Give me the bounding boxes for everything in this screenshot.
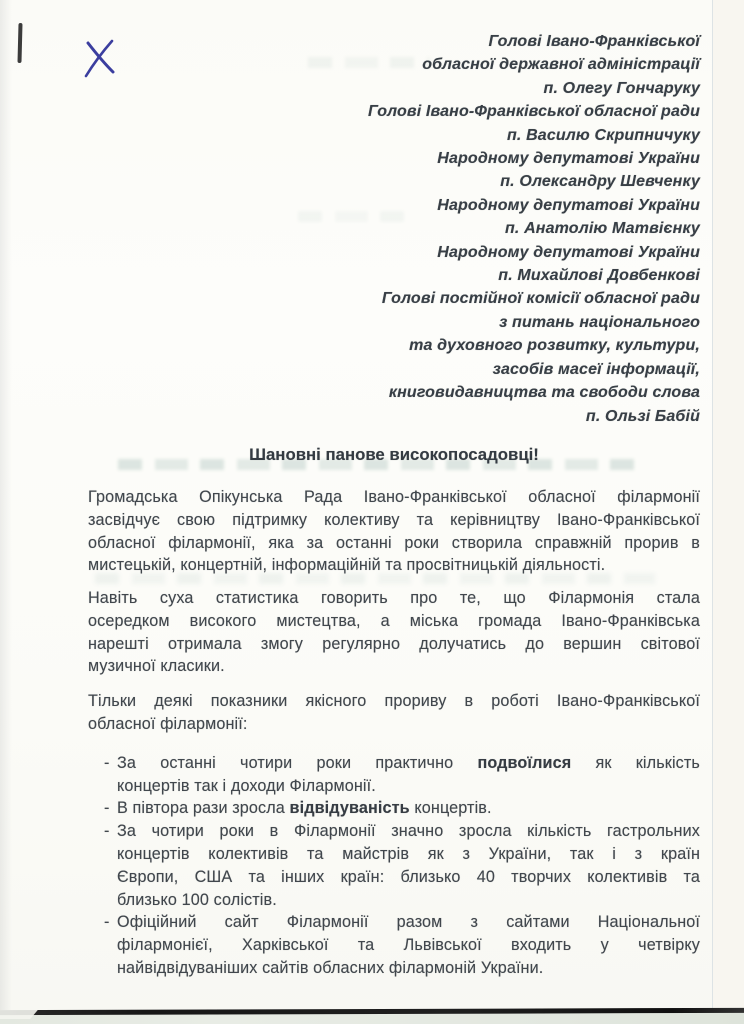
bullet-line: За останні чотири роки практично подвоїл… <box>117 752 700 775</box>
recipient-line: Народному депутатові України <box>88 147 700 170</box>
bullet-line: За чотири роки в Філармонії значно зросл… <box>117 820 700 843</box>
bullet-line: концертів так і доходи Філармонії. <box>117 775 700 798</box>
recipient-line: п. Ользі Бабій <box>88 405 700 428</box>
bullet-text: За чотири роки в Філармонії значно зросл… <box>117 820 700 911</box>
recipient-line: Народному депутатові України <box>88 241 700 264</box>
bullet-segment: В півтора рази зросла <box>117 799 290 817</box>
bullet-dash: - <box>88 911 117 934</box>
bullet-segment: як кількість <box>571 754 700 772</box>
bullet-line: Європи, США та інших країн: близько 40 т… <box>117 866 700 889</box>
paragraph-line: музичної класики. <box>88 655 700 678</box>
recipient-line: Народному депутатові України <box>88 194 700 217</box>
recipient-line: Голові Івано-Франківської обласної ради <box>88 100 700 123</box>
bullet-dash: - <box>88 752 117 775</box>
bullet-bold-word: відвідуваність <box>290 799 410 817</box>
bullet-line: Офіційний сайт Філармонії разом з сайтам… <box>117 911 700 934</box>
bullet-list: - За останні чотири роки практично подво… <box>88 752 700 980</box>
paragraph-line: осередком високого мистецтва, а міська г… <box>88 610 700 633</box>
bullet-item: - В півтора рази зросла відвідуваність к… <box>88 797 700 820</box>
recipient-line: п. Василю Скрипничуку <box>88 124 700 147</box>
bullet-line: близько 100 солістів. <box>117 889 700 912</box>
paragraph-line: Тільки деякі показники якісного прориву … <box>88 690 700 713</box>
recipient-line: п. Анатолію Матвієнку <box>88 217 700 240</box>
bullet-line: В півтора рази зросла відвідуваність кон… <box>117 797 700 820</box>
paragraph-2: Навіть суха статистика говорить про те, … <box>88 587 700 678</box>
bullet-dash: - <box>88 820 117 843</box>
bullet-text: В півтора рази зросла відвідуваність кон… <box>117 797 700 820</box>
recipient-line: обласної державної адміністрації <box>88 53 700 76</box>
paragraph-line: обласної філармонії, яка за останні роки… <box>88 532 700 555</box>
bullet-text: За останні чотири роки практично подвоїл… <box>117 752 700 798</box>
pen-tick-mark <box>17 23 22 63</box>
recipient-block: Голові Івано-Франківської обласної держа… <box>88 30 700 428</box>
scanned-letter-page: Голові Івано-Франківської обласної держа… <box>0 0 744 1024</box>
bullet-segment: концертів. <box>410 799 492 817</box>
letter-content: Голові Івано-Франківської обласної держа… <box>88 0 700 980</box>
scan-right-edge <box>712 0 744 1024</box>
recipient-line: та духовного розвитку, культури, <box>88 334 700 357</box>
recipient-line: п. Михайлові Довбенкові <box>88 264 700 287</box>
bullet-text: Офіційний сайт Філармонії разом з сайтам… <box>117 911 700 979</box>
bullet-line: найвідвідуваніших сайтів обласних філарм… <box>117 957 700 980</box>
paragraph-line: нарешті отримала змогу регулярно долучат… <box>88 633 700 656</box>
paragraph-1: Громадська Опікунська Рада Івано-Франків… <box>88 486 700 577</box>
bullet-line: концертів колективів та майстрів як з Ук… <box>117 843 700 866</box>
bullet-dash: - <box>88 797 117 820</box>
recipient-line: Голові постійної комісії обласної ради <box>88 287 700 310</box>
recipient-line: з питань національного <box>88 311 700 334</box>
bullet-segment: За останні чотири роки практично <box>117 754 477 772</box>
paragraph-line: мистецькій, концертній, інформаційній та… <box>88 554 700 577</box>
bullet-item: - Офіційний сайт Філармонії разом з сайт… <box>88 911 700 979</box>
recipient-line: Голові Івано-Франківської <box>88 30 700 53</box>
handwritten-x-icon <box>82 36 120 80</box>
recipient-line: п. Олегу Гончаруку <box>88 77 700 100</box>
paragraph-line: Навіть суха статистика говорить про те, … <box>88 587 700 610</box>
bullet-item: - За чотири роки в Філармонії значно зро… <box>88 820 700 911</box>
salutation: Шановні панове високопосадовці! <box>88 443 700 466</box>
recipient-line: книговидавництва та свободи слова <box>88 381 700 404</box>
recipient-line: засобів масеї інформації, <box>88 358 700 381</box>
bullet-line: філармонієї, Харківської та Львівської в… <box>117 934 700 957</box>
paragraph-line: Громадська Опікунська Рада Івано-Франків… <box>88 486 700 509</box>
bullet-bold-word: подвоїлися <box>477 754 571 772</box>
bullet-item: - За останні чотири роки практично подво… <box>88 752 700 798</box>
paragraph-line: обласної філармонії: <box>88 713 700 736</box>
recipient-line: п. Олександру Шевченку <box>88 170 700 193</box>
paragraph-3: Тільки деякі показники якісного прориву … <box>88 690 700 736</box>
paragraph-line: засвідчує свою підтримку колективу та ке… <box>88 509 700 532</box>
